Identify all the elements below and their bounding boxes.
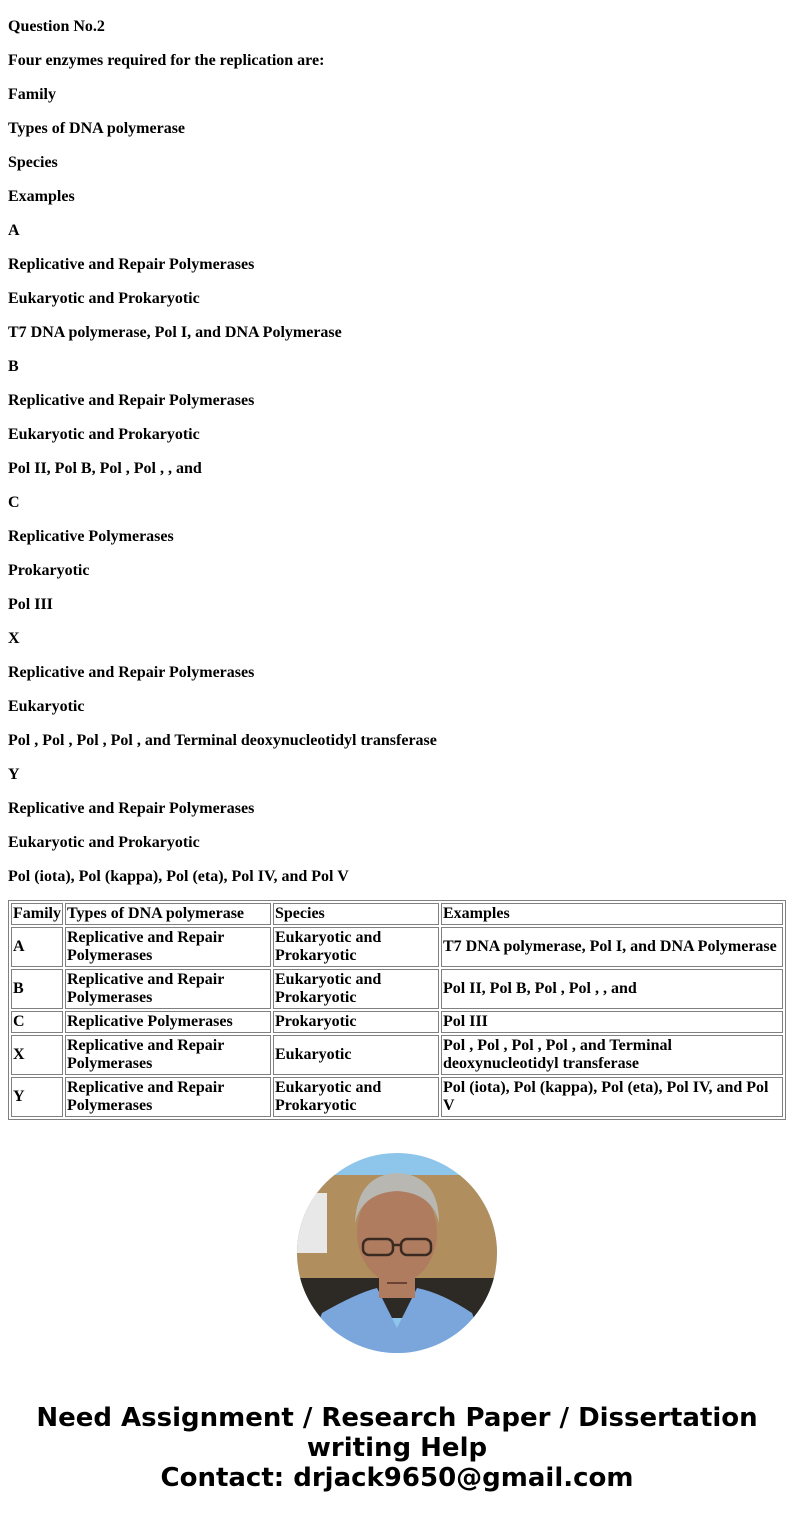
species-cell: Eukaryotic and Prokaryotic xyxy=(273,1077,439,1117)
species-cell: Eukaryotic xyxy=(273,1035,439,1075)
type-cell: Replicative and Repair Polymerases xyxy=(65,927,271,967)
examples-cell: T7 DNA polymerase, Pol I, and DNA Polyme… xyxy=(441,927,783,967)
species-cell: Eukaryotic and Prokaryotic xyxy=(273,927,439,967)
paragraph: Question No.2 xyxy=(8,18,786,36)
examples-cell: Pol II, Pol B, Pol , Pol , , and xyxy=(441,969,783,1009)
type-cell: Replicative and Repair Polymerases xyxy=(65,969,271,1009)
paragraph: X xyxy=(8,630,786,648)
paragraph: Eukaryotic xyxy=(8,698,786,716)
paragraph: Replicative Polymerases xyxy=(8,528,786,546)
paragraph: Eukaryotic and Prokaryotic xyxy=(8,834,786,852)
promo-banner: Need Assignment / Research Paper / Disse… xyxy=(0,1403,794,1493)
paragraph: Pol III xyxy=(8,596,786,614)
author-portrait-icon xyxy=(297,1153,497,1353)
document-body: Question No.1Question No.2Four enzymes r… xyxy=(8,0,786,1120)
paragraph: Types of DNA polymerase xyxy=(8,120,786,138)
author-photo xyxy=(297,1153,497,1353)
paragraph: Pol II, Pol B, Pol , Pol , , and xyxy=(8,460,786,478)
paragraph: T7 DNA polymerase, Pol I, and DNA Polyme… xyxy=(8,324,786,342)
family-cell: A xyxy=(11,927,63,967)
header-types: Types of DNA polymerase xyxy=(65,903,271,925)
paragraph: Four enzymes required for the replicatio… xyxy=(8,52,786,70)
family-cell: C xyxy=(11,1011,63,1033)
paragraph: Family xyxy=(8,86,786,104)
species-cell: Prokaryotic xyxy=(273,1011,439,1033)
paragraph: Prokaryotic xyxy=(8,562,786,580)
family-cell: Y xyxy=(11,1077,63,1117)
species-cell: Eukaryotic and Prokaryotic xyxy=(273,969,439,1009)
polymerase-table: Family Types of DNA polymerase Species E… xyxy=(8,900,786,1120)
paragraph: Y xyxy=(8,766,786,784)
paragraph: Replicative and Repair Polymerases xyxy=(8,664,786,682)
table-header-row: Family Types of DNA polymerase Species E… xyxy=(11,903,783,925)
paragraph: Pol , Pol , Pol , Pol , and Terminal deo… xyxy=(8,732,786,750)
header-species: Species xyxy=(273,903,439,925)
paragraph: Eukaryotic and Prokaryotic xyxy=(8,426,786,444)
type-cell: Replicative and Repair Polymerases xyxy=(65,1077,271,1117)
header-family: Family xyxy=(11,903,63,925)
paragraph: Species xyxy=(8,154,786,172)
examples-cell: Pol (iota), Pol (kappa), Pol (eta), Pol … xyxy=(441,1077,783,1117)
family-cell: X xyxy=(11,1035,63,1075)
promo-contact: Contact: drjack9650@gmail.com xyxy=(0,1463,794,1493)
family-cell: B xyxy=(11,969,63,1009)
paragraph: A xyxy=(8,222,786,240)
paragraph-list: Question No.1Question No.2Four enzymes r… xyxy=(8,0,786,886)
promo-line-1: Need Assignment / Research Paper / Disse… xyxy=(0,1403,794,1463)
type-cell: Replicative and Repair Polymerases xyxy=(65,1035,271,1075)
table-row: AReplicative and Repair PolymerasesEukar… xyxy=(11,927,783,967)
examples-cell: Pol III xyxy=(441,1011,783,1033)
table-row: BReplicative and Repair PolymerasesEukar… xyxy=(11,969,783,1009)
paragraph: Pol (iota), Pol (kappa), Pol (eta), Pol … xyxy=(8,868,786,886)
paragraph: Replicative and Repair Polymerases xyxy=(8,256,786,274)
examples-cell: Pol , Pol , Pol , Pol , and Terminal deo… xyxy=(441,1035,783,1075)
paragraph: Question No.1 xyxy=(8,0,786,2)
paragraph: Replicative and Repair Polymerases xyxy=(8,392,786,410)
header-examples: Examples xyxy=(441,903,783,925)
paragraph: Examples xyxy=(8,188,786,206)
paragraph: Eukaryotic and Prokaryotic xyxy=(8,290,786,308)
table-row: YReplicative and Repair PolymerasesEukar… xyxy=(11,1077,783,1117)
type-cell: Replicative Polymerases xyxy=(65,1011,271,1033)
table-row: CReplicative PolymerasesProkaryoticPol I… xyxy=(11,1011,783,1033)
paragraph: B xyxy=(8,358,786,376)
table-row: XReplicative and Repair PolymerasesEukar… xyxy=(11,1035,783,1075)
paragraph: C xyxy=(8,494,786,512)
paragraph: Replicative and Repair Polymerases xyxy=(8,800,786,818)
